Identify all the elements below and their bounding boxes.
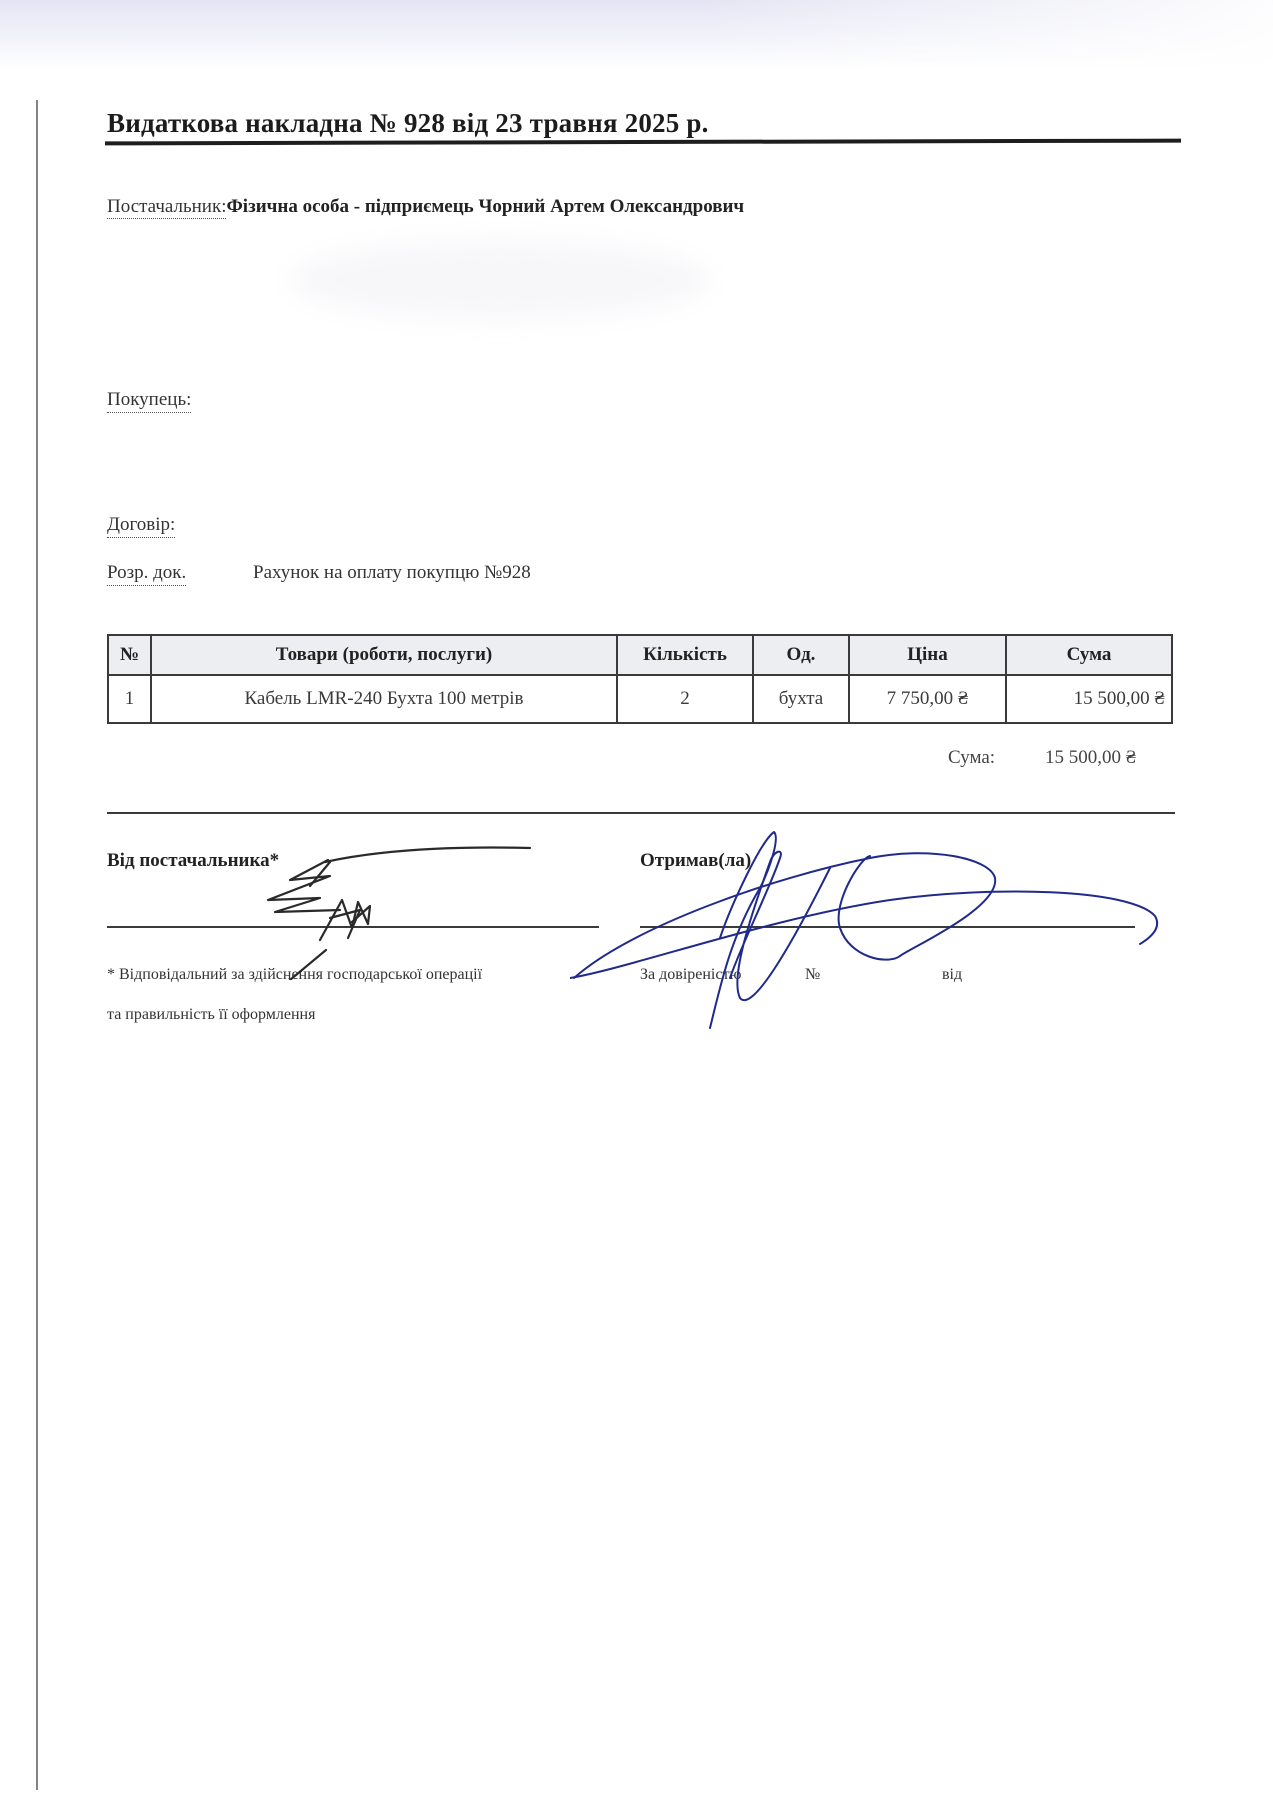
total-label: Сума: (948, 747, 995, 769)
header-quantity: Кількість (617, 635, 753, 675)
items-table: № Товари (роботи, послуги) Кількість Од.… (107, 634, 1173, 724)
payment-doc-value: Рахунок на оплату покупцю №928 (253, 562, 531, 584)
supplier-row: Постачальник:Фізична особа - підприємець… (107, 196, 744, 218)
table-header-row: № Товари (роботи, послуги) Кількість Од.… (108, 635, 1172, 675)
header-sum: Сума (1006, 635, 1172, 675)
row-unit: бухта (753, 675, 849, 723)
scan-tint-fade (0, 0, 1273, 70)
from-supplier-label: Від постачальника* (107, 850, 279, 872)
row-goods: Кабель LMR-240 Бухта 100 метрів (151, 675, 617, 723)
section-divider (107, 812, 1175, 814)
row-number: 1 (108, 675, 151, 723)
buyer-label: Покупець: (107, 389, 191, 413)
supplier-signature-line (107, 926, 599, 928)
header-number: № (108, 635, 151, 675)
header-unit: Од. (753, 635, 849, 675)
header-goods: Товари (роботи, послуги) (151, 635, 617, 675)
row-quantity: 2 (617, 675, 753, 723)
header-price: Ціна (849, 635, 1006, 675)
footnote-line-2: та правильність її оформлення (107, 1006, 315, 1024)
page-margin-line (36, 100, 38, 1790)
footnote-line-1: * Відповідальний за здійснення господарс… (107, 966, 482, 984)
proxy-label: За довіреністю (640, 966, 741, 984)
proxy-number-label: № (805, 966, 820, 984)
contract-label: Договір: (107, 514, 175, 538)
table-row: 1 Кабель LMR-240 Бухта 100 метрів 2 бухт… (108, 675, 1172, 723)
supplier-value: Фізична особа - підприємець Чорний Артем… (226, 196, 744, 217)
receiver-signature-line (640, 926, 1135, 928)
proxy-date-label: від (942, 966, 962, 984)
row-price: 7 750,00 ₴ (849, 675, 1006, 723)
payment-doc-label: Розр. док. (107, 562, 186, 586)
document-title: Видаткова накладна № 928 від 23 травня 2… (107, 108, 709, 139)
received-label: Отримав(ла) (640, 850, 751, 872)
redacted-area (290, 240, 710, 320)
row-sum: 15 500,00 ₴ (1006, 675, 1172, 723)
title-underline (105, 139, 1181, 146)
total-value: 15 500,00 ₴ (1045, 747, 1136, 769)
supplier-label: Постачальник: (107, 196, 226, 219)
